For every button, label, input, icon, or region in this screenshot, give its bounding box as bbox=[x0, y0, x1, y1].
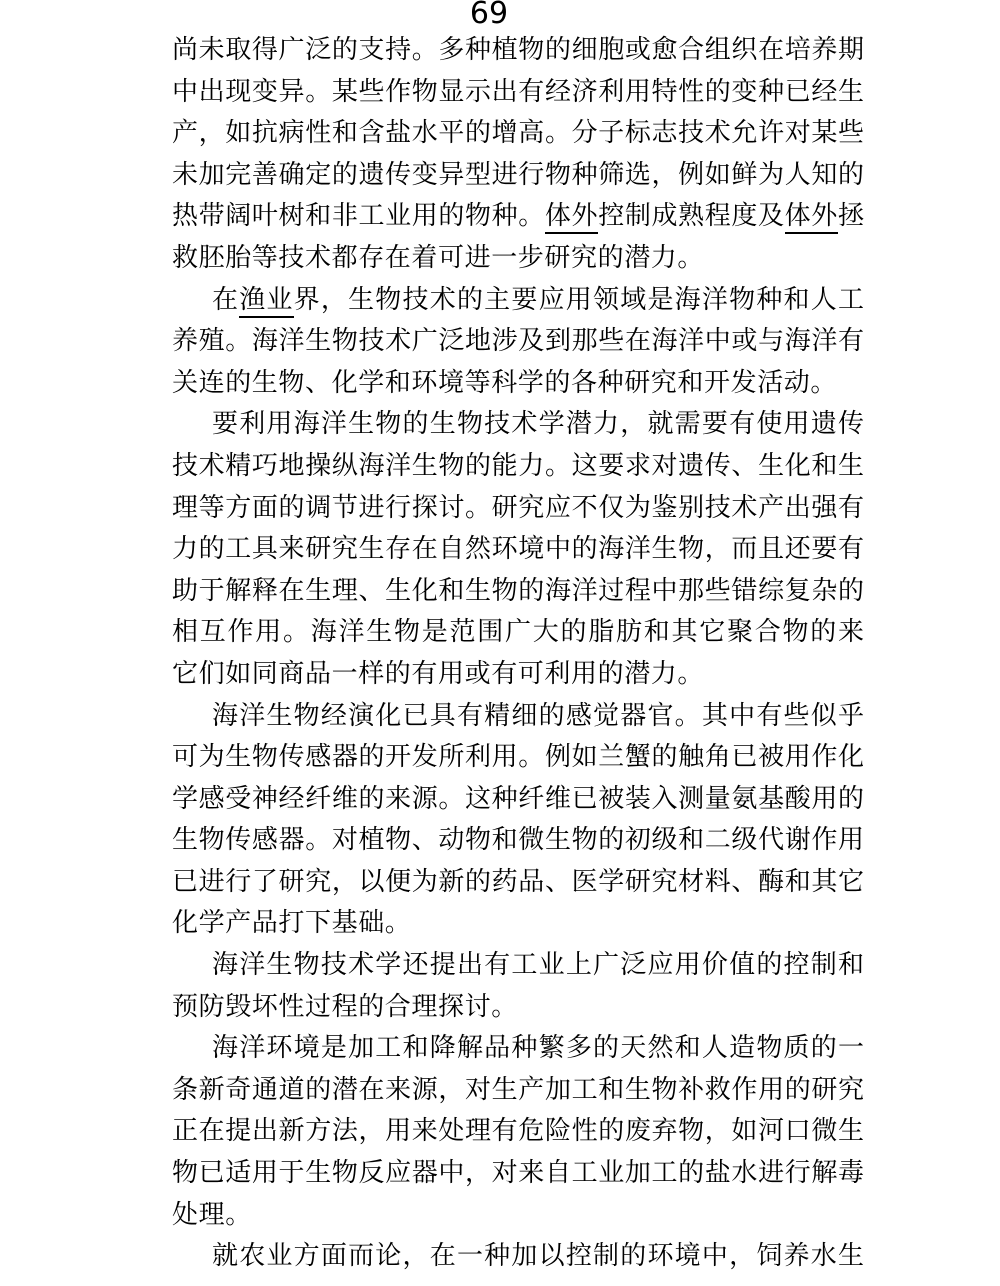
underlined-term: 体外 bbox=[785, 201, 838, 234]
text-line: 生物传感器。对植物、动物和微生物的初级和二级代谢作用 bbox=[172, 819, 864, 861]
text-line: 要利用海洋生物的生物技术学潜力，就需要有使用遗传 bbox=[172, 403, 864, 445]
text-line: 就农业方面而论，在一种加以控制的环境中，饲养水生 bbox=[172, 1235, 864, 1277]
text-line: 相互作用。海洋生物是范围广大的脂肪和其它聚合物的来源， bbox=[172, 611, 864, 653]
text-line: 海洋环境是加工和降解品种繁多的天然和人造物质的一 bbox=[172, 1027, 864, 1069]
text-line: 它们如同商品一样的有用或有可利用的潜力。 bbox=[172, 653, 864, 695]
text-segment: 产，如抗病性和含盐水平的增高。分子标志技术允许对某些 bbox=[172, 118, 864, 147]
text-line: 在渔业界，生物技术的主要应用领域是海洋物种和人工 bbox=[172, 279, 864, 321]
text-line: 物已适用于生物反应器中，对来自工业加工的盐水进行解毒 bbox=[172, 1152, 864, 1194]
text-line: 学感受神经纤维的来源。这种纤维已被装入测量氨基酸用的 bbox=[172, 778, 864, 820]
text-line: 中出现变异。某些作物显示出有经济利用特性的变种已经生 bbox=[172, 71, 864, 113]
text-line: 海洋生物技术学还提出有工业上广泛应用价值的控制和 bbox=[172, 944, 864, 986]
text-segment: 可为生物传感器的开发所利用。例如兰蟹的触角已被用作化 bbox=[172, 742, 864, 771]
text-segment: 养殖。海洋生物技术广泛地涉及到那些在海洋中或与海洋有 bbox=[172, 326, 864, 355]
text-segment: 热带阔叶树和非工业用的物种。 bbox=[172, 201, 545, 230]
text-segment: 控制成熟程度及 bbox=[598, 201, 784, 230]
text-line: 养殖。海洋生物技术广泛地涉及到那些在海洋中或与海洋有 bbox=[172, 320, 864, 362]
text-segment: 条新奇通道的潜在来源，对生产加工和生物补救作用的研究 bbox=[172, 1075, 864, 1104]
underlined-term: 渔业 bbox=[239, 285, 293, 318]
page-number: 69 bbox=[0, 0, 989, 30]
text-line: 预防毁坏性过程的合理探讨。 bbox=[172, 986, 864, 1028]
text-segment: 拯 bbox=[838, 201, 864, 230]
text-segment: 海洋生物经演化已具有精细的感觉器官。其中有些似乎 bbox=[212, 701, 864, 730]
text-line: 条新奇通道的潜在来源，对生产加工和生物补救作用的研究 bbox=[172, 1069, 864, 1111]
text-line: 尚未取得广泛的支持。多种植物的细胞或愈合组织在培养期 bbox=[172, 29, 864, 71]
text-segment: 化学产品打下基础。 bbox=[172, 908, 411, 937]
text-segment: 尚未取得广泛的支持。多种植物的细胞或愈合组织在培养期 bbox=[172, 35, 864, 64]
text-segment: 要利用海洋生物的生物技术学潜力，就需要有使用遗传 bbox=[212, 409, 864, 438]
text-segment: 处理。 bbox=[172, 1200, 252, 1229]
document-page: 69 尚未取得广泛的支持。多种植物的细胞或愈合组织在培养期中出现变异。某些作物显… bbox=[0, 0, 1000, 1286]
text-segment: 正在提出新方法，用来处理有危险性的废弃物，如河口微生 bbox=[172, 1116, 864, 1145]
text-segment: 海洋环境是加工和降解品种繁多的天然和人造物质的一 bbox=[212, 1033, 864, 1062]
text-line: 可为生物传感器的开发所利用。例如兰蟹的触角已被用作化 bbox=[172, 736, 864, 778]
text-segment: 学感受神经纤维的来源。这种纤维已被装入测量氨基酸用的 bbox=[172, 784, 864, 813]
text-segment: 救胚胎等技术都存在着可进一步研究的潜力。 bbox=[172, 243, 704, 272]
text-block: 尚未取得广泛的支持。多种植物的细胞或愈合组织在培养期中出现变异。某些作物显示出有… bbox=[172, 29, 864, 1277]
text-line: 力的工具来研究生存在自然环境中的海洋生物，而且还要有 bbox=[172, 528, 864, 570]
text-segment: 它们如同商品一样的有用或有可利用的潜力。 bbox=[172, 659, 704, 688]
text-segment: 未加完善确定的遗传变异型进行物种筛选，例如鲜为人知的 bbox=[172, 160, 864, 189]
text-line: 未加完善确定的遗传变异型进行物种筛选，例如鲜为人知的 bbox=[172, 154, 864, 196]
text-segment: 中出现变异。某些作物显示出有经济利用特性的变种已经生 bbox=[172, 77, 864, 106]
text-line: 正在提出新方法，用来处理有危险性的废弃物，如河口微生 bbox=[172, 1110, 864, 1152]
text-segment: 就农业方面而论，在一种加以控制的环境中，饲养水生 bbox=[212, 1241, 864, 1270]
text-line: 海洋生物经演化已具有精细的感觉器官。其中有些似乎 bbox=[172, 695, 864, 737]
text-segment: 关连的生物、化学和环境等科学的各种研究和开发活动。 bbox=[172, 368, 837, 397]
text-segment: 在 bbox=[212, 285, 239, 314]
text-segment: 理等方面的调节进行探讨。研究应不仅为鉴别技术产出强有 bbox=[172, 493, 864, 522]
text-segment: 助于解释在生理、生化和生物的海洋过程中那些错综复杂的 bbox=[172, 576, 864, 605]
text-segment: 已进行了研究，以便为新的药品、医学研究材料、酶和其它 bbox=[172, 867, 864, 896]
text-line: 化学产品打下基础。 bbox=[172, 902, 864, 944]
text-segment: 力的工具来研究生存在自然环境中的海洋生物，而且还要有 bbox=[172, 534, 864, 563]
underlined-term: 体外 bbox=[545, 201, 598, 234]
text-segment: 预防毁坏性过程的合理探讨。 bbox=[172, 992, 518, 1021]
text-segment: 生物传感器。对植物、动物和微生物的初级和二级代谢作用 bbox=[172, 825, 864, 854]
text-line: 救胚胎等技术都存在着可进一步研究的潜力。 bbox=[172, 237, 864, 279]
text-segment: 海洋生物技术学还提出有工业上广泛应用价值的控制和 bbox=[212, 950, 864, 979]
text-segment: 物已适用于生物反应器中，对来自工业加工的盐水进行解毒 bbox=[172, 1158, 864, 1187]
text-line: 已进行了研究，以便为新的药品、医学研究材料、酶和其它 bbox=[172, 861, 864, 903]
text-line: 处理。 bbox=[172, 1194, 864, 1236]
text-line: 技术精巧地操纵海洋生物的能力。这要求对遗传、生化和生 bbox=[172, 445, 864, 487]
text-segment: 界，生物技术的主要应用领域是海洋物种和人工 bbox=[294, 285, 864, 314]
text-line: 热带阔叶树和非工业用的物种。体外控制成熟程度及体外拯 bbox=[172, 195, 864, 237]
text-line: 产，如抗病性和含盐水平的增高。分子标志技术允许对某些 bbox=[172, 112, 864, 154]
text-line: 关连的生物、化学和环境等科学的各种研究和开发活动。 bbox=[172, 362, 864, 404]
text-segment: 技术精巧地操纵海洋生物的能力。这要求对遗传、生化和生 bbox=[172, 451, 864, 480]
text-segment: 相互作用。海洋生物是范围广大的脂肪和其它聚合物的来源， bbox=[172, 617, 864, 653]
text-line: 理等方面的调节进行探讨。研究应不仅为鉴别技术产出强有 bbox=[172, 487, 864, 529]
text-line: 助于解释在生理、生化和生物的海洋过程中那些错综复杂的 bbox=[172, 570, 864, 612]
